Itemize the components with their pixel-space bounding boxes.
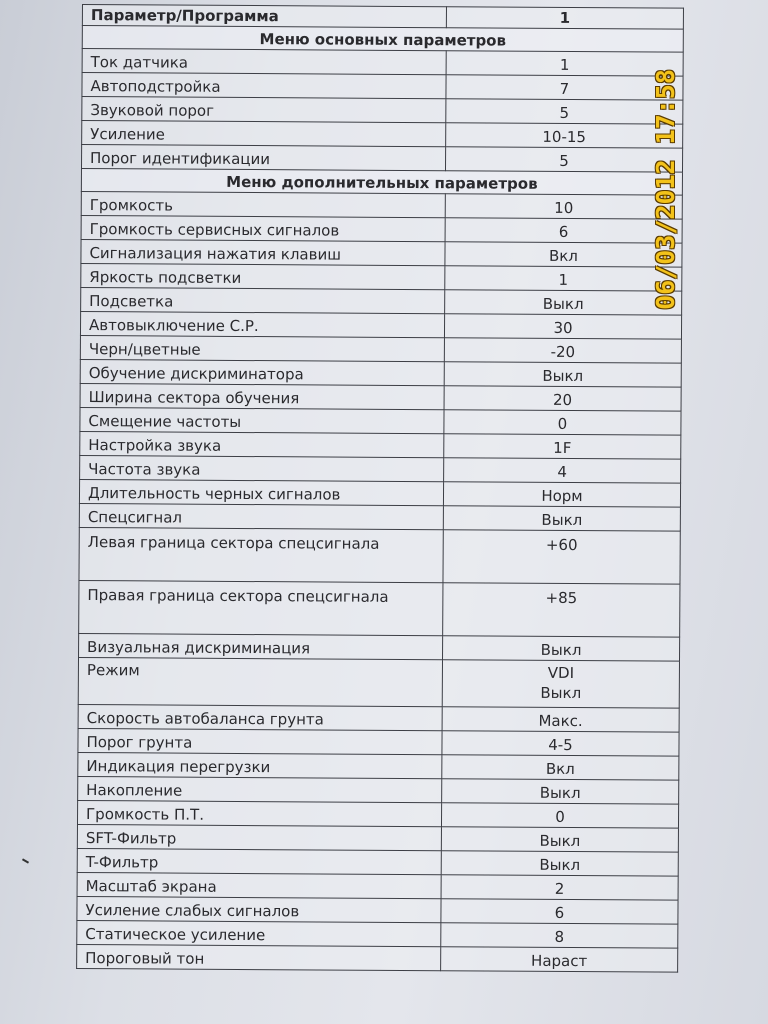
parameter-name: Ток датчика <box>82 49 446 75</box>
value-line: Макс. <box>451 710 671 731</box>
parameter-name: Спецсигнал <box>79 503 443 529</box>
parameter-value: 6 <box>445 218 682 243</box>
table-row: Смещение частоты0 <box>80 407 681 435</box>
table-row: Ток датчика1 <box>82 49 683 77</box>
parameter-value: +85 <box>443 583 680 637</box>
parameter-value: Выкл <box>442 779 679 804</box>
table-row: Статическое усиление8 <box>77 920 678 948</box>
table-row: Визуальная дискриминацияВыкл <box>79 633 680 661</box>
table-row: Сигнализация нажатия клавишВкл <box>81 239 682 267</box>
parameter-name: Смещение частоты <box>80 407 444 433</box>
parameter-name: Визуальная дискриминация <box>79 633 443 659</box>
parameter-value: Выкл <box>443 506 680 531</box>
parameter-name: Статическое усиление <box>77 920 441 946</box>
parameter-value: 8 <box>441 923 678 948</box>
table-row: ПодсветкаВыкл <box>81 287 682 315</box>
value-line: 8 <box>449 926 669 947</box>
table-row: РежимVDIВыкл <box>78 657 679 708</box>
value-line: 20 <box>453 389 673 410</box>
table-row: Автовыключение С.Р.30 <box>80 311 681 339</box>
header-program-cell: 1 <box>446 7 683 29</box>
table-row: СпецсигналВыкл <box>79 503 680 531</box>
parameter-name: Звуковой порог <box>82 97 446 123</box>
parameter-value: 4-5 <box>442 731 679 756</box>
table-header-row: Параметр/Программа 1 <box>82 5 683 30</box>
table-row: Яркость подсветки1 <box>81 263 682 291</box>
parameter-name: SFT-Фильтр <box>77 824 441 850</box>
parameter-name: Масштаб экрана <box>77 872 441 898</box>
value-line: 7 <box>454 78 674 99</box>
parameter-value: Выкл <box>444 362 681 387</box>
table-row: Обучение дискриминатораВыкл <box>80 359 681 387</box>
parameter-value: Выкл <box>441 851 678 876</box>
parameters-table: Параметр/Программа 1 Меню основных парам… <box>76 4 684 973</box>
parameter-name: Черн/цветные <box>80 335 444 361</box>
parameter-name: Длительность черных сигналов <box>79 479 443 505</box>
value-line: 0 <box>452 413 672 434</box>
parameter-value: 30 <box>444 314 681 339</box>
parameter-name: Левая граница сектора спецсигнала <box>79 527 443 582</box>
parameter-value: VDIВыкл <box>442 660 679 708</box>
parameter-value: -20 <box>444 338 681 363</box>
table-row: Автоподстройка7 <box>82 73 683 101</box>
value-line: 5 <box>454 150 674 171</box>
value-line: 1 <box>453 269 673 290</box>
parameter-value: 5 <box>445 147 682 172</box>
value-line: 6 <box>449 902 669 923</box>
table-row: Ширина сектора обучения20 <box>80 383 681 411</box>
table-row: Порог идентификации5 <box>81 145 682 173</box>
parameter-value: 10 <box>445 194 682 219</box>
value-line: -20 <box>453 341 673 362</box>
table-row: Индикация перегрузкиВкл <box>78 752 679 780</box>
parameter-name: Частота звука <box>80 455 444 481</box>
header-parameter-cell: Параметр/Программа <box>82 5 446 28</box>
parameter-value: 0 <box>441 803 678 828</box>
table-row: T-ФильтрВыкл <box>77 848 678 876</box>
parameter-name: Индикация перегрузки <box>78 752 442 778</box>
table-row: Пороговый тонНараст <box>77 944 678 972</box>
table-row: НакоплениеВыкл <box>78 776 679 804</box>
parameter-name: Обучение дискриминатора <box>80 359 444 385</box>
parameter-value: Выкл <box>443 636 680 661</box>
parameter-value: 1F <box>444 434 681 459</box>
value-line: 4 <box>452 461 672 482</box>
parameter-name: Яркость подсветки <box>81 263 445 289</box>
value-line: 0 <box>450 806 670 827</box>
parameter-value: 2 <box>441 875 678 900</box>
parameter-name: Порог идентификации <box>81 145 445 171</box>
table-row: Громкость сервисных сигналов6 <box>81 215 682 243</box>
parameter-name: Громкость <box>81 191 445 217</box>
paper-speck <box>22 858 29 863</box>
parameter-value: 6 <box>441 899 678 924</box>
parameter-value: Выкл <box>441 827 678 852</box>
value-line: Норм <box>452 485 672 506</box>
value-line: 30 <box>453 317 673 338</box>
parameter-name: Автоподстройка <box>82 73 446 99</box>
timestamp-text: 06/03/2012 17:58 <box>651 69 680 310</box>
parameter-value: 10-15 <box>446 123 683 148</box>
parameter-value: 1 <box>445 266 682 291</box>
value-line: Выкл <box>452 509 672 530</box>
parameter-name: Накопление <box>78 776 442 802</box>
parameter-value: Вкл <box>442 755 679 780</box>
parameter-value: Макс. <box>442 707 679 732</box>
parameter-name: Правая граница сектора спецсигнала <box>79 580 443 635</box>
table-row: Громкость П.Т.0 <box>77 800 678 828</box>
value-line: 2 <box>450 878 670 899</box>
parameter-value: 20 <box>444 386 681 411</box>
value-line: 6 <box>454 221 674 242</box>
value-line: Выкл <box>453 293 673 314</box>
parameter-name: T-Фильтр <box>77 848 441 874</box>
parameter-name: Пороговый тон <box>77 944 441 970</box>
value-line: Вкл <box>453 245 673 266</box>
table-row: Усиление10-15 <box>82 121 683 149</box>
table-row: Правая граница сектора спецсигнала+85 <box>79 580 680 637</box>
table-row: Настройка звука1F <box>80 431 681 459</box>
parameter-name: Ширина сектора обучения <box>80 383 444 409</box>
value-line: Вкл <box>450 758 670 779</box>
parameter-value: 7 <box>446 75 683 100</box>
value-line: 1 <box>455 54 675 75</box>
parameter-name: Порог грунта <box>78 728 442 754</box>
value-line: Выкл <box>450 854 670 875</box>
parameter-name: Настройка звука <box>80 431 444 457</box>
table-row: Длительность черных сигналовНорм <box>79 479 680 507</box>
value-line: 10 <box>454 197 674 218</box>
table-row: Усиление слабых сигналов6 <box>77 896 678 924</box>
table-row: Черн/цветные-20 <box>80 335 681 363</box>
parameter-value: +60 <box>443 530 680 584</box>
parameter-value: 0 <box>444 410 681 435</box>
table-row: Частота звука4 <box>80 455 681 483</box>
parameter-name: Подсветка <box>81 287 445 313</box>
parameter-name: Сигнализация нажатия клавиш <box>81 239 445 265</box>
photo-date-stamp: 06/03/2012 17:58 <box>650 64 680 314</box>
table-row: SFT-ФильтрВыкл <box>77 824 678 852</box>
value-line: +85 <box>451 587 671 608</box>
value-line: VDI <box>451 662 671 683</box>
value-line: Выкл <box>450 782 670 803</box>
parameter-value: Вкл <box>445 242 682 267</box>
value-line: 5 <box>454 102 674 123</box>
value-line: 1F <box>452 437 672 458</box>
settings-document: Параметр/Программа 1 Меню основных парам… <box>76 4 682 973</box>
parameter-name: Громкость П.Т. <box>77 800 441 826</box>
parameter-name: Автовыключение С.Р. <box>80 311 444 337</box>
table-row: Скорость автобаланса грунтаМакс. <box>78 704 679 732</box>
value-line: Выкл <box>451 639 671 660</box>
parameter-name: Режим <box>78 657 442 706</box>
parameter-name: Усиление слабых сигналов <box>77 896 441 922</box>
value-line: 4-5 <box>450 734 670 755</box>
table-row: Громкость10 <box>81 191 682 219</box>
table-row: Звуковой порог5 <box>82 97 683 125</box>
parameter-name: Громкость сервисных сигналов <box>81 215 445 241</box>
value-line: +60 <box>452 534 672 555</box>
value-line-2: Выкл <box>451 682 671 703</box>
value-line: Выкл <box>450 830 670 851</box>
parameter-value: Выкл <box>445 290 682 315</box>
parameter-value: Норм <box>443 482 680 507</box>
value-line: Выкл <box>453 365 673 386</box>
parameter-value: Нараст <box>441 947 678 972</box>
parameter-name: Скорость автобаланса грунта <box>78 704 442 730</box>
parameter-name: Усиление <box>82 121 446 147</box>
value-line: Нараст <box>449 950 669 971</box>
table-row: Масштаб экрана2 <box>77 872 678 900</box>
value-line: 10-15 <box>454 126 674 147</box>
table-row: Порог грунта4-5 <box>78 728 679 756</box>
parameter-value: 5 <box>446 99 683 124</box>
table-row: Левая граница сектора спецсигнала+60 <box>79 527 680 584</box>
parameter-value: 4 <box>444 458 681 483</box>
parameter-value: 1 <box>446 51 683 76</box>
